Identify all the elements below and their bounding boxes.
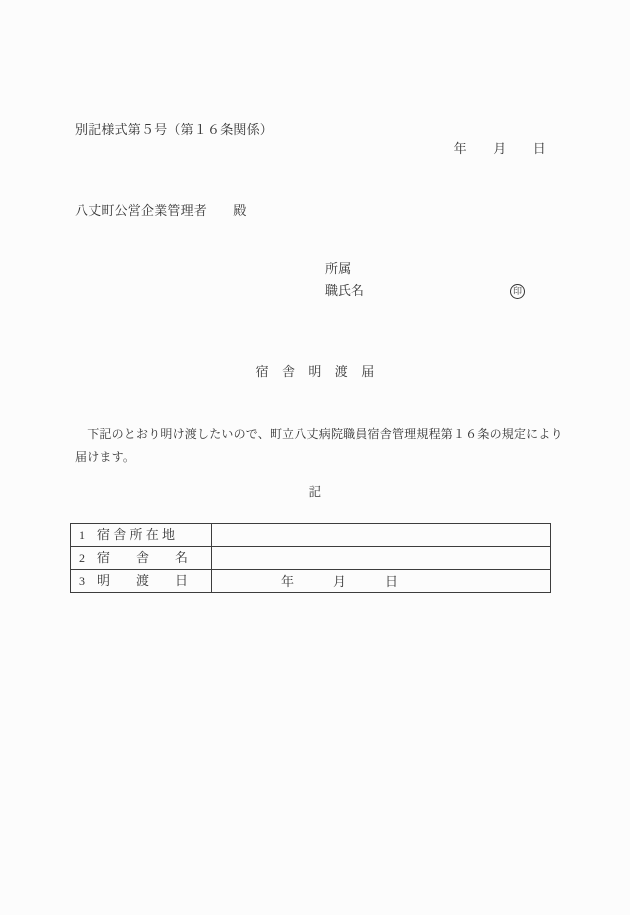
row-label-vacate-date: 明 渡 日 <box>97 573 188 588</box>
body-text-line1: 下記のとおり明け渡したいので、町立八丈病院職員宿舎管理規程第１６条の規定により <box>75 426 563 442</box>
document-title: 宿 舎 明 渡 届 <box>0 364 630 380</box>
document-page: 別記様式第５号（第１６条関係） 年 月 日 八丈町公営企業管理者 殿 所属 職氏… <box>0 0 630 915</box>
row-label-dormitory-name: 宿 舎 名 <box>97 550 188 565</box>
table-row-dormitory-address: 1宿 舎 所 在 地 <box>71 524 551 547</box>
form-number: 別記様式第５号（第１６条関係） <box>75 122 273 138</box>
affiliation-label: 所属 <box>325 261 351 277</box>
row-number: 1 <box>79 525 97 546</box>
row-number: 3 <box>79 571 97 592</box>
date-line: 年 月 日 <box>454 141 546 157</box>
table-row-dormitory-name: 2宿 舎 名 <box>71 547 551 570</box>
row-number: 2 <box>79 548 97 569</box>
row-label-dormitory-address: 宿 舎 所 在 地 <box>97 527 175 542</box>
name-label: 職氏名 <box>325 283 364 299</box>
cell-dormitory-address-value <box>212 524 551 547</box>
cell-vacate-date-value: 年 月 日 <box>212 570 551 593</box>
record-heading: 記 <box>0 484 630 500</box>
label-cell-vacate-date: 3明 渡 日 <box>71 570 212 593</box>
addressee: 八丈町公営企業管理者 殿 <box>75 203 247 219</box>
label-cell-dormitory-name: 2宿 舎 名 <box>71 547 212 570</box>
vacate-table: 1宿 舎 所 在 地 2宿 舎 名 3明 渡 日 年 月 日 <box>70 523 551 593</box>
name-row: 職氏名 印 <box>325 283 525 299</box>
label-cell-dormitory-address: 1宿 舎 所 在 地 <box>71 524 212 547</box>
table-row-vacate-date: 3明 渡 日 年 月 日 <box>71 570 551 593</box>
body-text-line2: 届けます。 <box>75 449 135 465</box>
cell-dormitory-name-value <box>212 547 551 570</box>
seal-mark-icon: 印 <box>510 284 525 299</box>
